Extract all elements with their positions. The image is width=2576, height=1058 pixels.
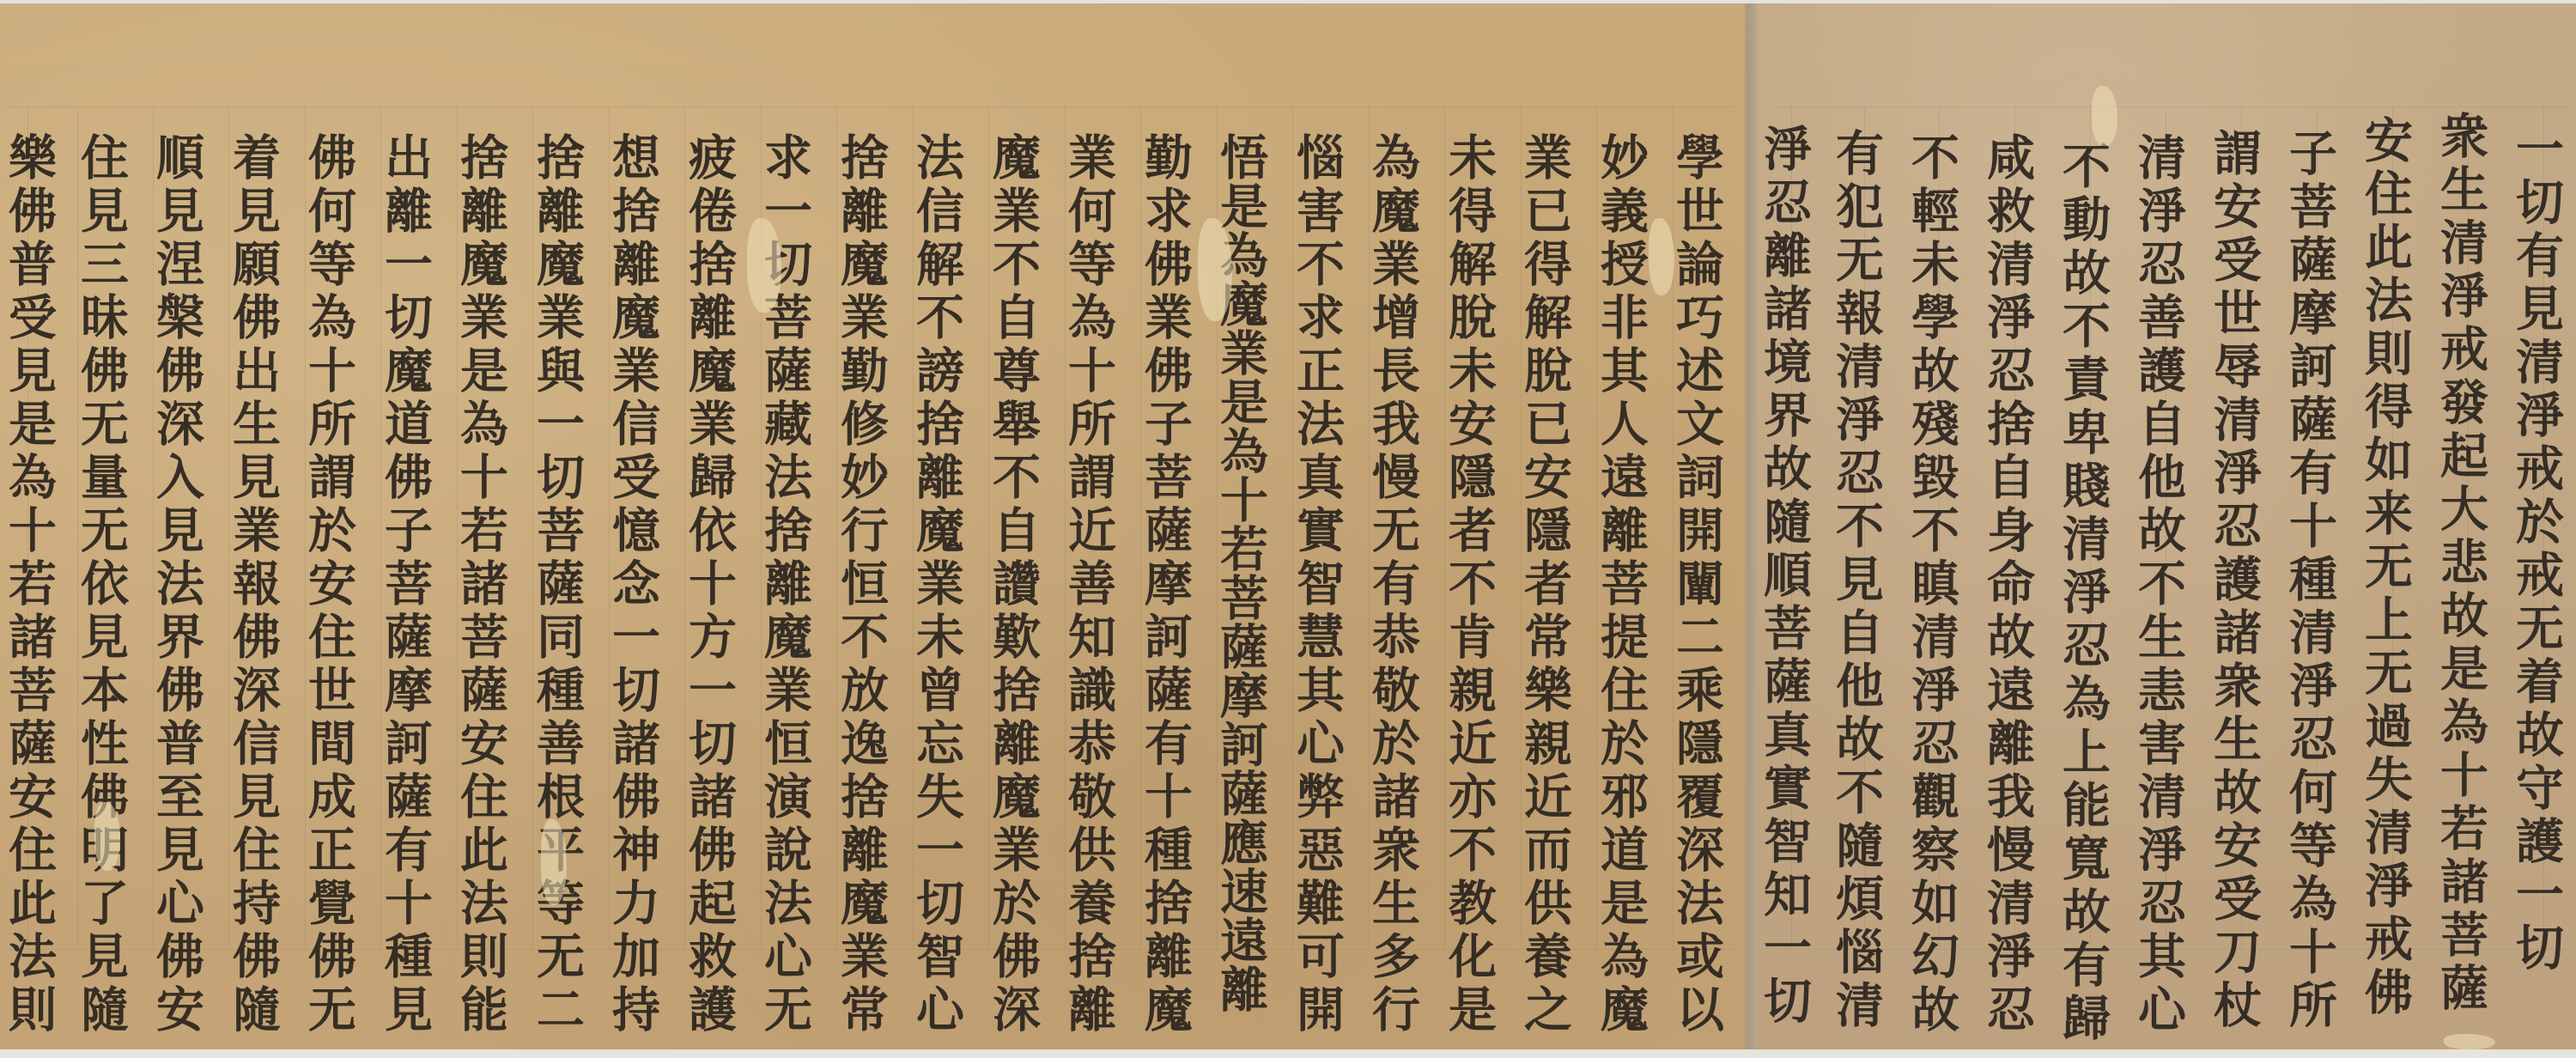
text-column: 勤求佛業佛子菩薩摩訶薩有十種捨離魔 bbox=[1141, 132, 1189, 1037]
text-column: 衆生清淨戒發起大悲故是為十若諸菩薩 bbox=[2437, 111, 2485, 1016]
text-column: 佛何等為十所謂於安住世間成正覺佛无 bbox=[305, 132, 353, 1037]
text-column: 樂佛普受見是為十若諸菩薩安住此法則 bbox=[5, 132, 53, 1037]
sheet-joint bbox=[1745, 3, 1757, 1049]
text-column: 不輕未學故殘毀不瞋清淨忍觀察如幻故 bbox=[1908, 132, 1956, 1037]
paper-stain bbox=[2092, 86, 2117, 146]
text-column: 有犯无報清淨忍不見自他故不隨煩惱清 bbox=[1832, 128, 1880, 1033]
text-column: 惱害不求正法真實智慧其心弊惡難可開 bbox=[1293, 132, 1341, 1037]
text-column: 學世論巧述文詞開闡二乘隱覆深法或以 bbox=[1673, 132, 1721, 1037]
text-column: 出離一切魔道佛子菩薩摩訶薩有十種見 bbox=[381, 132, 429, 1037]
text-column: 捨離魔業是為十若諸菩薩安住此法則能 bbox=[457, 132, 505, 1037]
text-column: 捨離魔業勤修妙行恒不放逸捨離魔業常 bbox=[837, 132, 885, 1037]
text-column: 順見涅槃佛深入見法界佛普至見心佛安 bbox=[153, 132, 201, 1037]
bottom-margin-strip bbox=[0, 1049, 2576, 1058]
paper-stain bbox=[2444, 1034, 2495, 1049]
left-paper-sheet: 學世論巧述文詞開闡二乘隱覆深法或以 妙義授非其人遠離菩提住於邪道是為魔 業已得解… bbox=[0, 3, 1748, 1049]
text-column: 一切有見清淨戒於戒无着故守護一切 bbox=[2512, 124, 2561, 976]
text-column: 不動故不責卑賤清淨忍為上能寬故有歸 bbox=[2059, 141, 2107, 1046]
text-column: 法信解不謗捨離魔業未曾忘失一切智心 bbox=[913, 132, 961, 1037]
text-column: 業何等為十所謂近善知識恭敬供養捨離 bbox=[1065, 132, 1113, 1037]
text-column: 着見願佛出生見業報佛深信見住持佛隨 bbox=[229, 132, 277, 1037]
text-column: 妙義授非其人遠離菩提住於邪道是為魔 bbox=[1597, 132, 1645, 1037]
text-column: 疲倦捨離魔業歸依十方一切諸佛起救護 bbox=[685, 132, 733, 1037]
text-column: 住見三昧佛无量无依見本性佛明了見隨 bbox=[77, 132, 125, 1037]
right-paper-sheet: 一切有見清淨戒於戒无着故守護一切 衆生清淨戒發起大悲故是為十若諸菩薩 安住此法則… bbox=[1757, 3, 2576, 1049]
text-column: 想捨離魔業信受憶念一切諸佛神力加持 bbox=[609, 132, 657, 1037]
text-column: 未得解脫未安隱者不肯親近亦不教化是 bbox=[1445, 132, 1493, 1037]
text-column: 安住此法則得如来无上无過失清淨戒佛 bbox=[2361, 115, 2409, 1020]
text-column: 為魔業增長我慢无有恭敬於諸衆生多行 bbox=[1369, 132, 1417, 1037]
text-column: 清淨忍善護自他故不生恚害清淨忍其心 bbox=[2135, 132, 2183, 1037]
text-column: 魔業不自尊舉不自讚歎捨離魔業於佛深 bbox=[989, 132, 1037, 1037]
text-column: 業已得解脫已安隱者常樂親近而供養之 bbox=[1521, 132, 1569, 1037]
text-column: 謂安受世辱清淨忍護諸衆生故安受刀杖 bbox=[2210, 128, 2258, 1033]
text-column: 子菩薩摩訶薩有十種清淨忍何等為十所 bbox=[2286, 128, 2334, 1033]
text-column: 淨忍離諸境界故隨順菩薩真實智知一切 bbox=[1760, 124, 1808, 1029]
text-column: 咸救清淨忍捨自身命故遠離我慢清淨忍 bbox=[1984, 132, 2032, 1037]
